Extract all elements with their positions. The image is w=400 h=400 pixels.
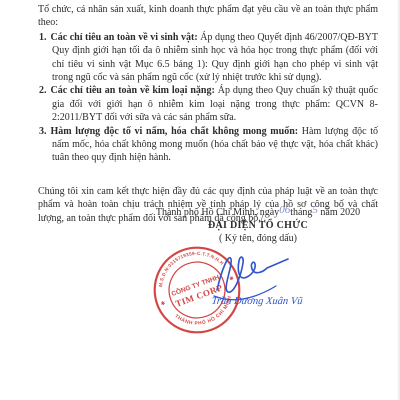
stamp-star-left-icon: ✱ — [160, 300, 166, 307]
date-suffix: năm 2020 — [318, 207, 360, 218]
sign-note: ( Ký tên, đóng dấu) — [150, 233, 366, 244]
handwritten-month: 5 — [312, 204, 318, 216]
document-body: Tổ chức, cá nhân sản xuất, kinh doanh th… — [38, 3, 378, 235]
list-item-1-title: Các chỉ tiêu an toàn về vi sinh vật: — [51, 32, 198, 43]
scanned-document-page: Tổ chức, cá nhân sản xuất, kinh doanh th… — [0, 0, 400, 400]
intro-paragraph: Tổ chức, cá nhân sản xuất, kinh doanh th… — [38, 3, 378, 30]
signature-block: Thành phố Hồ Chí Minh, ngày06tháng5 năm … — [150, 206, 366, 244]
signer-name: Trần Dương Xuân Vũ — [195, 296, 318, 307]
list-item-2: 2.Các chỉ tiêu an toàn về kim loại nặng:… — [38, 84, 378, 124]
list-item-2-number: 2. — [39, 85, 51, 96]
date-prefix: Thành phố Hồ Chí Minh, ngày — [156, 207, 279, 218]
list-item-1-number: 1. — [39, 32, 51, 43]
handwritten-day: 06 — [279, 204, 290, 216]
date-mid: tháng — [290, 207, 312, 218]
list-item-2-title: Các chỉ tiêu an toàn về kim loại nặng: — [51, 85, 215, 96]
list-item-3: 3.Hàm lượng độc tố vi nấm, hóa chất khôn… — [38, 125, 378, 165]
list-item-3-number: 3. — [39, 126, 51, 137]
list-item-3-title: Hàm lượng độc tố vi nấm, hóa chất không … — [51, 126, 299, 137]
signature-stroke-main — [217, 257, 288, 292]
date-line: Thành phố Hồ Chí Minh, ngày06tháng5 năm … — [150, 206, 366, 218]
representative-title: ĐẠI DIỆN TỔ CHỨC — [150, 220, 366, 231]
list-item-1: 1.Các chỉ tiêu an toàn về vi sinh vật: Á… — [38, 31, 378, 85]
